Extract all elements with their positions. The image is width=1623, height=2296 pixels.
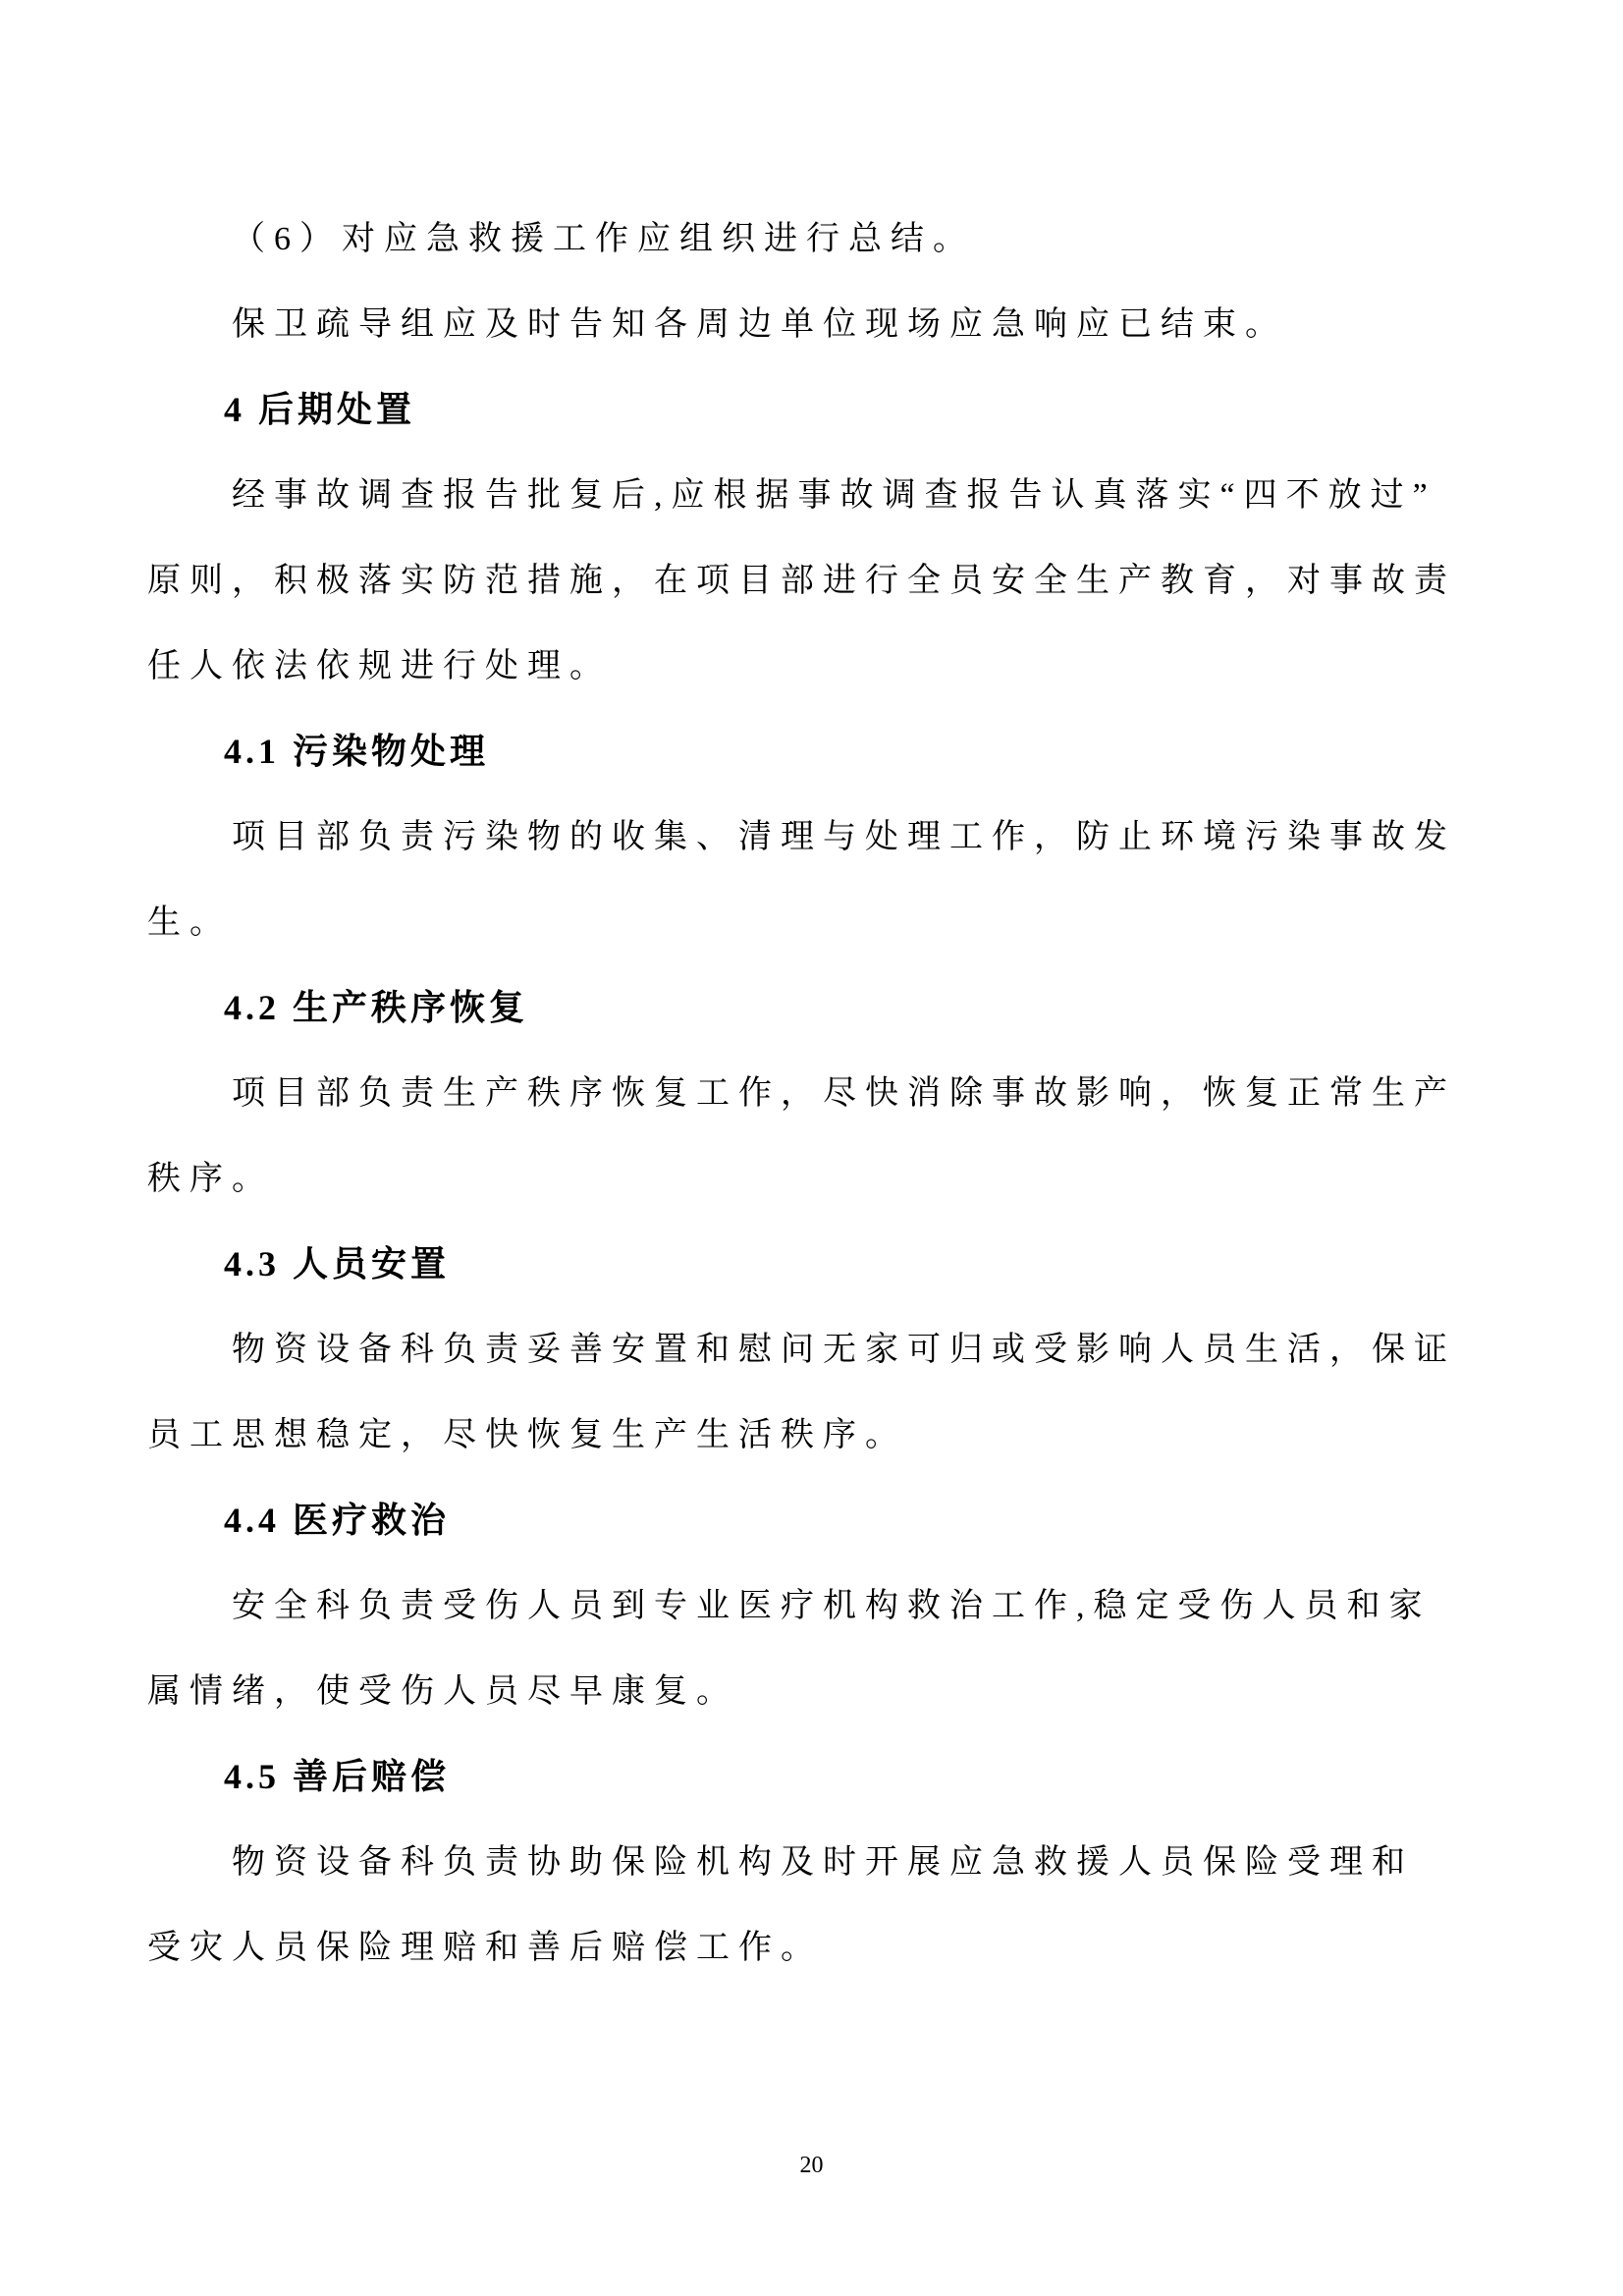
heading-section-4-5: 4.5 善后赔偿 — [147, 1734, 1486, 1820]
paragraph-section-4-4-body: 安全科负责受伤人员到专业医疗机构救治工作,稳定受伤人员和家 属情绪，使受伤人员尽… — [147, 1563, 1486, 1734]
document-page: （6）对应急救援工作应组织进行总结。 保卫疏导组应及时告知各周边单位现场应急响应… — [0, 0, 1623, 2296]
paragraph-section-4-body: 经事故调查报告批复后,应根据事故调查报告认真落实“四不放过” 原则，积极落实防范… — [147, 453, 1486, 709]
paragraph-section-4-5-body: 物资设备科负责协助保险机构及时开展应急救援人员保险受理和 受灾人员保险理赔和善后… — [147, 1820, 1486, 1991]
heading-section-4-4: 4.4 医疗救治 — [147, 1478, 1486, 1563]
paragraph-section-4-3-body: 物资设备科负责妥善安置和慰问无家可归或受影响人员生活，保证 员工思想稳定，尽快恢… — [147, 1307, 1486, 1478]
page-number: 20 — [0, 2153, 1623, 2179]
heading-section-4-2: 4.2 生产秩序恢复 — [147, 965, 1486, 1051]
document-content: （6）对应急救援工作应组织进行总结。 保卫疏导组应及时告知各周边单位现场应急响应… — [0, 0, 1623, 1991]
paragraph-guard-group-notice: 保卫疏导组应及时告知各周边单位现场应急响应已结束。 — [147, 282, 1486, 367]
heading-section-4: 4 后期处置 — [147, 367, 1486, 453]
paragraph-summary-item-6: （6）对应急救援工作应组织进行总结。 — [147, 196, 1486, 282]
paragraph-section-4-2-body: 项目部负责生产秩序恢复工作，尽快消除事故影响，恢复正常生产 秩序。 — [147, 1051, 1486, 1222]
heading-section-4-1: 4.1 污染物处理 — [147, 709, 1486, 794]
heading-section-4-3: 4.3 人员安置 — [147, 1222, 1486, 1307]
paragraph-section-4-1-body: 项目部负责污染物的收集、清理与处理工作，防止环境污染事故发 生。 — [147, 794, 1486, 965]
